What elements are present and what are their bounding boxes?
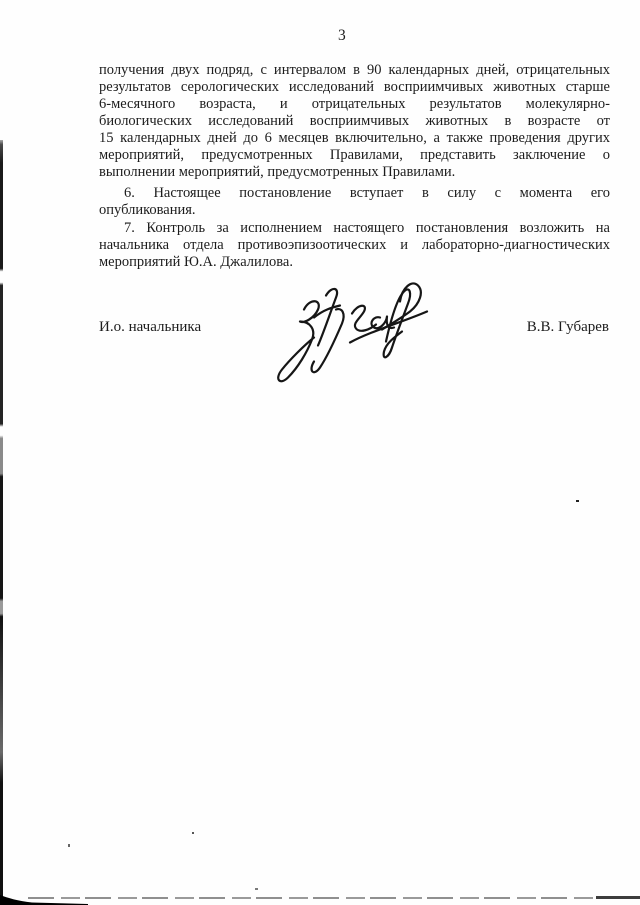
signer-name: В.В. Губарев [527,319,609,336]
document-body: получения двух подряд, с интервалом в 90… [99,62,610,271]
signer-position-title: И.о. начальника [99,319,201,336]
paragraph-intro: получения двух подряд, с интервалом в 90… [99,62,610,181]
text-line: результатов серологических исследований … [99,79,610,96]
text-line: 15 календарных дней до 6 месяцев включит… [99,130,610,147]
text-line: начальника отдела противоэпизоотических … [99,237,610,254]
text-line: биологических исследований восприимчивых… [99,113,610,130]
scan-speck [576,500,579,502]
bottom-left-scan-wedge-artifact [0,893,90,905]
handwritten-signature-icon [274,279,434,405]
text-line: 6-месячного возраста, и отрицательных ре… [99,96,610,113]
scan-speck [255,888,258,890]
text-line: получения двух подряд, с интервалом в 90… [99,62,610,79]
text-line: мероприятий Ю.А. Джалилова. [99,254,610,271]
paragraph-item-7: 7. Контроль за исполнением настоящего по… [99,220,610,271]
text-line: 7. Контроль за исполнением настоящего по… [99,220,610,237]
scan-speck [192,832,194,834]
signature [274,279,434,405]
bottom-scan-line-dark-segment [596,896,640,899]
left-scan-edge-artifact [0,140,3,905]
text-line: выполнении мероприятий, предусмотренных … [99,164,610,181]
scan-speck [68,844,70,847]
scanned-document-page: 3 получения двух подряд, с интервалом в … [0,0,640,905]
bottom-scan-line-artifact [28,897,640,899]
paragraph-item-6: 6. Настоящее постановление вступает в си… [99,185,610,219]
page-number: 3 [338,27,346,45]
text-line: 6. Настоящее постановление вступает в си… [99,185,610,202]
text-line: мероприятий, предусмотренных Правилами, … [99,147,610,164]
text-line: опубликования. [99,202,610,219]
